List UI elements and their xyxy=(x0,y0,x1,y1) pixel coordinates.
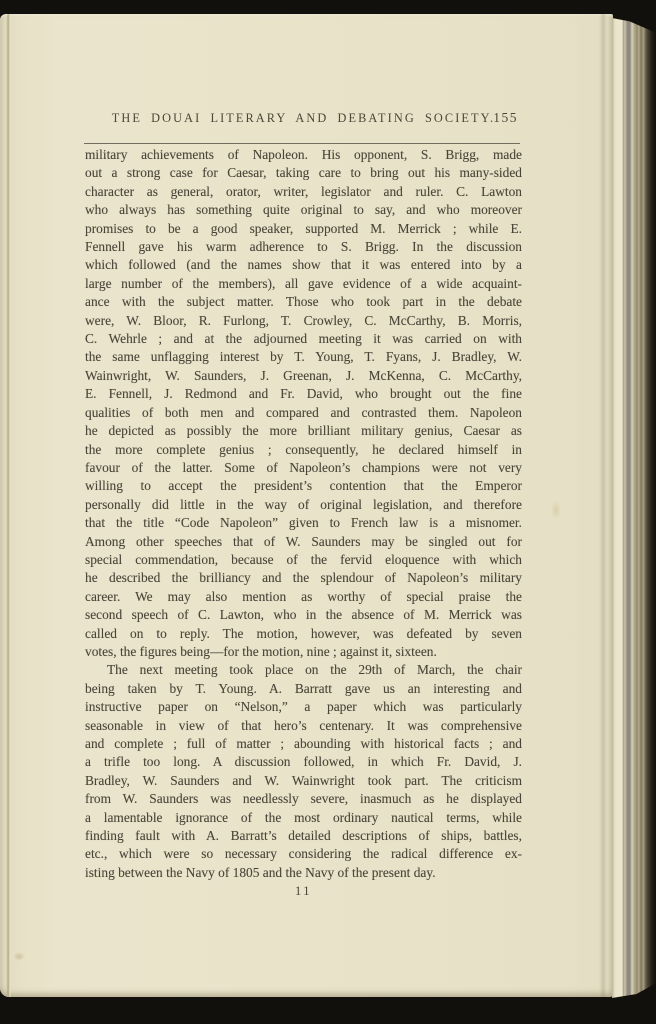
text-line: and complete ; full of matter ; aboundin… xyxy=(85,735,522,753)
text-line: were, W. Bloor, R. Furlong, T. Crowley, … xyxy=(85,312,522,330)
book-fore-edge-pages xyxy=(612,16,656,999)
text-line: who always has something quite original … xyxy=(85,201,522,219)
page-curl-shadow xyxy=(599,14,607,997)
text-line: favour of the latter. Some of Napoleon’s… xyxy=(85,459,522,477)
text-line: ance with the subject matter. Those who … xyxy=(85,293,522,311)
text-line: instructive paper on “Nelson,” a paper w… xyxy=(85,698,522,716)
running-header: THE DOUAI LITERARY AND DEBATING SOCIETY.… xyxy=(85,110,522,126)
text-line: C. Wehrle ; and at the adjourned meeting… xyxy=(85,330,522,348)
text-line: etc., which were so necessary considerin… xyxy=(85,845,522,863)
text-line: being taken by T. Young. A. Barratt gave… xyxy=(85,680,522,698)
text-line: Fennell gave his warm adherence to S. Br… xyxy=(85,238,522,256)
text-line: he depicted as possibly the more brillia… xyxy=(85,422,522,440)
text-line: character as general, orator, writer, le… xyxy=(85,183,522,201)
text-line: special commendation, because of the fer… xyxy=(85,551,522,569)
text-line: seasonable in view of that hero’s centen… xyxy=(85,717,522,735)
text-line: that the title “Code Napoleon” given to … xyxy=(85,514,522,532)
text-line: Wainwright, W. Saunders, J. Greenan, J. … xyxy=(85,367,522,385)
header-title: THE DOUAI LITERARY AND DEBATING SOCIETY. xyxy=(85,110,522,126)
scanned-book-photo: THE DOUAI LITERARY AND DEBATING SOCIETY.… xyxy=(0,0,656,1024)
text-line: willing to accept the president’s conten… xyxy=(85,477,522,495)
text-line: which followed (and the names show that … xyxy=(85,256,522,274)
page-number: 155 xyxy=(493,110,518,126)
text-line: large number of the members), all gave e… xyxy=(85,275,522,293)
text-line: personally did little in the way of orig… xyxy=(85,496,522,514)
text-line: qualities of both men and compared and c… xyxy=(85,404,522,422)
text-line: military achievements of Napoleon. His o… xyxy=(85,146,522,164)
text-line: a lamentable ignorance of the most ordin… xyxy=(85,809,522,827)
foxing-stain xyxy=(551,500,561,520)
text-line: isting between the Navy of 1805 and the … xyxy=(85,864,522,882)
text-line: promises to be a good speaker, supported… xyxy=(85,220,522,238)
text-line: career. We may also mention as worthy of… xyxy=(85,588,522,606)
body-text: military achievements of Napoleon. His o… xyxy=(85,146,522,882)
text-line: Among other speeches that of W. Saunders… xyxy=(85,533,522,551)
text-line: called on to reply. The motion, however,… xyxy=(85,625,522,643)
text-line: from W. Saunders was needlessly severe, … xyxy=(85,790,522,808)
foxing-stain xyxy=(13,952,25,961)
text-line: The next meeting took place on the 29th … xyxy=(85,661,522,679)
text-line: second speech of C. Lawton, who in the a… xyxy=(85,606,522,624)
text-line: out a strong case for Caesar, taking car… xyxy=(85,164,522,182)
text-line: votes, the figures being—for the motion,… xyxy=(85,643,522,661)
signature-mark: 11 xyxy=(85,884,522,899)
header-rule xyxy=(84,143,520,144)
text-line: the same unflagging interest by T. Young… xyxy=(85,348,522,366)
book-page: THE DOUAI LITERARY AND DEBATING SOCIETY.… xyxy=(0,14,613,997)
text-line: finding fault with A. Barratt’s detailed… xyxy=(85,827,522,845)
text-line: a trifle too long. A discussion followed… xyxy=(85,753,522,771)
text-line: the more complete genius ; consequently,… xyxy=(85,441,522,459)
gutter-crease xyxy=(6,14,11,997)
text-line: he described the brilliancy and the sple… xyxy=(85,569,522,587)
text-line: Bradley, W. Saunders and W. Wainwright t… xyxy=(85,772,522,790)
text-line: E. Fennell, J. Redmond and Fr. David, wh… xyxy=(85,385,522,403)
